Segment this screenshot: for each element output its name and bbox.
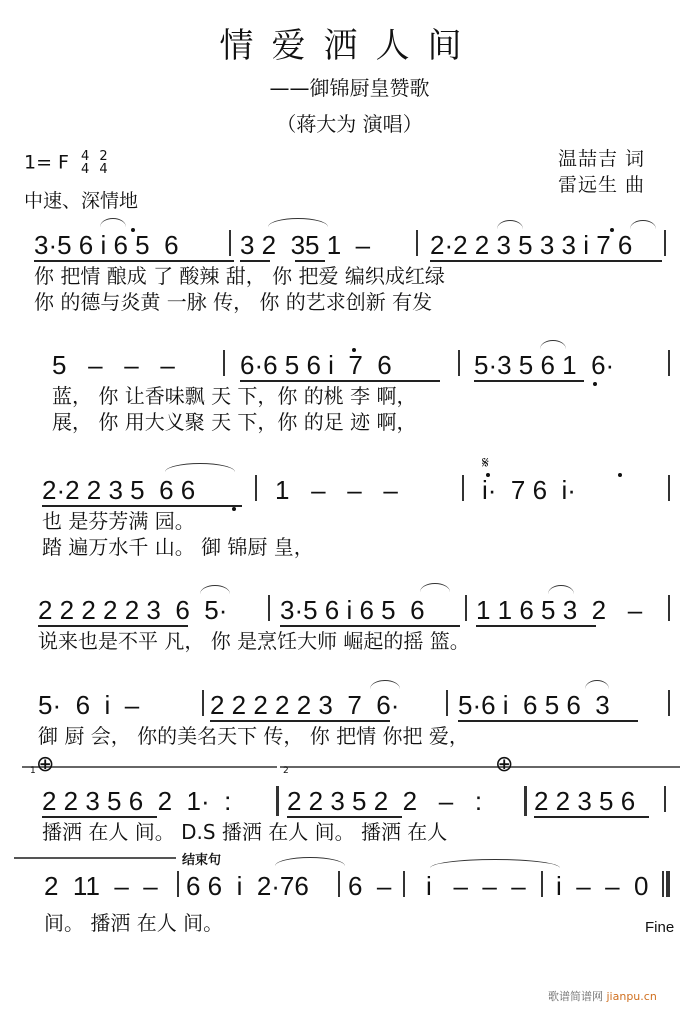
barline [458, 350, 460, 376]
beam [210, 720, 390, 722]
song-title: 情爱洒人间 [0, 18, 699, 67]
barline [268, 595, 270, 621]
tie [430, 859, 560, 868]
segno-icon: 𝄋 [482, 453, 489, 473]
score-system-2: 5 – – – 6·6 5 6 i 7 6 5·3 5 6 1 6· 蓝， 你 … [0, 350, 699, 445]
notes: 5·6 i 6 5 6 3 [458, 690, 610, 720]
notes: 2 11 – – [44, 871, 158, 901]
score-system-1: 3·5 6 i 6 5 6 3 2 35 1 – 2·2 2 3 5 3 3 i… [0, 230, 699, 325]
notes: i – – – [426, 871, 526, 901]
notes: 3·5 6 i 6 5 6 [34, 230, 179, 260]
notes: 5·3 5 6 1 6· [474, 350, 614, 380]
notes: 3 2 35 1 – [240, 230, 370, 260]
final-barline [666, 871, 670, 897]
lyrics-verse-2: 展， 你 用大义聚 天 下，你 的足 迹 啊， [52, 410, 417, 434]
notes: 6·6 5 6 i 7 6 [240, 350, 392, 380]
notes: 2 2 2 2 2 3 7 6· [210, 690, 399, 720]
slur [585, 680, 609, 689]
beam [287, 816, 402, 818]
notes: 2 2 2 2 2 3 6 5· [38, 595, 227, 625]
barline [229, 230, 231, 256]
lyrics-verse-2: 踏 遍万水千 山。 御 锦厨 皇， [42, 535, 314, 559]
slur [370, 680, 400, 689]
fine-marking: Fine [645, 919, 674, 936]
lyrics-verse-1: 也 是芬芳满 园。 [42, 509, 195, 533]
beam [295, 260, 325, 262]
time-signature: 24 [99, 150, 107, 176]
lyrics-verse-1: 播洒 在人 间。 D.S 播洒 在人 间。 播洒 在人 [42, 820, 447, 844]
barline [416, 230, 418, 256]
barline [202, 690, 204, 716]
notes: i· 7 6 i· [482, 475, 576, 505]
slur [540, 340, 566, 349]
slur [200, 585, 230, 594]
high-octave-dot [618, 473, 622, 477]
final-barline [662, 871, 664, 897]
barline [664, 786, 666, 812]
time-signature: 44 [81, 150, 89, 176]
barline [668, 595, 670, 621]
repeat-barline [524, 786, 527, 816]
notes: 2·2 2 3 5 3 3 i 7 6 [430, 230, 632, 260]
barline [541, 871, 543, 897]
notes: 2 2 3 5 6 [534, 786, 635, 816]
notes: 3·5 6 i 6 5 6 [280, 595, 425, 625]
lyrics-verse-1: 御 厨 会， 你的美名天下 传， 你 把情 你把 爱， [38, 724, 469, 748]
barline [177, 871, 179, 897]
high-octave-dot [610, 228, 614, 232]
barline [465, 595, 467, 621]
beam [38, 625, 188, 627]
beam [430, 260, 662, 262]
lyrics-verse-1: 你 把情 酿成 了 酸辣 甜， 你 把爱 编织成红绿 [34, 264, 445, 288]
barline [403, 871, 405, 897]
volta-bracket [280, 766, 680, 768]
slur [268, 218, 328, 227]
lyricist-credit: 温喆吉 词 [558, 144, 645, 171]
notes: 2·2 2 3 5 6 6 [42, 475, 195, 505]
slur [420, 583, 450, 592]
beam [476, 625, 596, 627]
score-system-3: 2·2 2 3 5 6 6 1 – – – 𝄋 i· 7 6 i· 也 是芬芳满… [0, 475, 699, 570]
notes: i – – 0 [556, 871, 649, 901]
volta-bracket [14, 857, 176, 859]
key-signature: 1= F 44 24 [24, 150, 108, 176]
beam [280, 625, 460, 627]
coda-icon: ⊕ [36, 752, 54, 777]
beam [42, 816, 157, 818]
beam [240, 260, 270, 262]
volta-bracket [22, 766, 277, 768]
barline [668, 350, 670, 376]
barline [668, 690, 670, 716]
score-system-6: 1 ⊕ 2 ⊕ 2 2 3 5 6 2 1· : 2 2 3 5 2 2 – :… [0, 760, 699, 850]
barline [223, 350, 225, 376]
beam [534, 816, 649, 818]
composer-credit: 雷远生 曲 [558, 170, 645, 197]
barline [462, 475, 464, 501]
barline [664, 230, 666, 256]
watermark: 歌谱简谱网 jianpu.cn [548, 988, 657, 1004]
tempo-marking: 中速、深情地 [24, 186, 138, 213]
barline [446, 690, 448, 716]
barline [255, 475, 257, 501]
notes: 5· 6 i – [38, 690, 139, 720]
ending-section-label: 结束句 [182, 849, 221, 868]
lyrics-verse-1: 间。 播洒 在人 间。 [44, 911, 223, 935]
slur [548, 585, 574, 594]
slur [275, 857, 345, 866]
slur [100, 218, 126, 227]
notes: 6 – [348, 871, 391, 901]
barline [338, 871, 340, 897]
singer-credit: （蒋大为 演唱） [0, 108, 699, 137]
score-system-7: 结束句 2 11 – – 6 6 i 2·76 6 – i – – – i – … [0, 855, 699, 945]
lyrics-verse-2: 你 的德与炎黄 一脉 传， 你 的艺求创新 有发 [34, 290, 432, 314]
barline [668, 475, 670, 501]
high-octave-dot [131, 228, 135, 232]
notes: 1 1 6 5 3 2 – [476, 595, 642, 625]
lyrics-verse-1: 蓝， 你 让香味飘 天 下，你 的桃 李 啊， [52, 384, 417, 408]
beam [34, 260, 234, 262]
high-octave-dot [486, 473, 490, 477]
lyrics-verse-1: 说来也是不平 凡， 你 是烹饪大师 崛起的摇 篮。 [38, 629, 470, 653]
beam [42, 505, 242, 507]
repeat-barline [276, 786, 279, 816]
slur [165, 463, 235, 472]
score-system-4: 2 2 2 2 2 3 6 5· 3·5 6 i 6 5 6 1 1 6 5 3… [0, 595, 699, 665]
song-subtitle: ——御锦厨皇赞歌 [0, 72, 699, 101]
volta-2-label: 2 [283, 766, 289, 776]
notes: 1 – – – [275, 475, 398, 505]
beam [474, 380, 584, 382]
notes: 5 – – – [52, 350, 175, 380]
low-octave-dot [232, 507, 236, 511]
volta-1-label: 1 [30, 766, 36, 776]
notes: 2 2 3 5 2 2 – : [287, 786, 482, 816]
slur [497, 220, 523, 229]
score-system-5: 5· 6 i – 2 2 2 2 2 3 7 6· 5·6 i 6 5 6 3 … [0, 690, 699, 760]
coda-icon: ⊕ [495, 752, 513, 777]
notes: 6 6 i 2·76 [186, 871, 309, 901]
high-octave-dot [352, 348, 356, 352]
low-octave-dot [593, 382, 597, 386]
beam [240, 380, 440, 382]
beam [458, 720, 638, 722]
slur [630, 220, 656, 229]
notes: 2 2 3 5 6 2 1· : [42, 786, 231, 816]
